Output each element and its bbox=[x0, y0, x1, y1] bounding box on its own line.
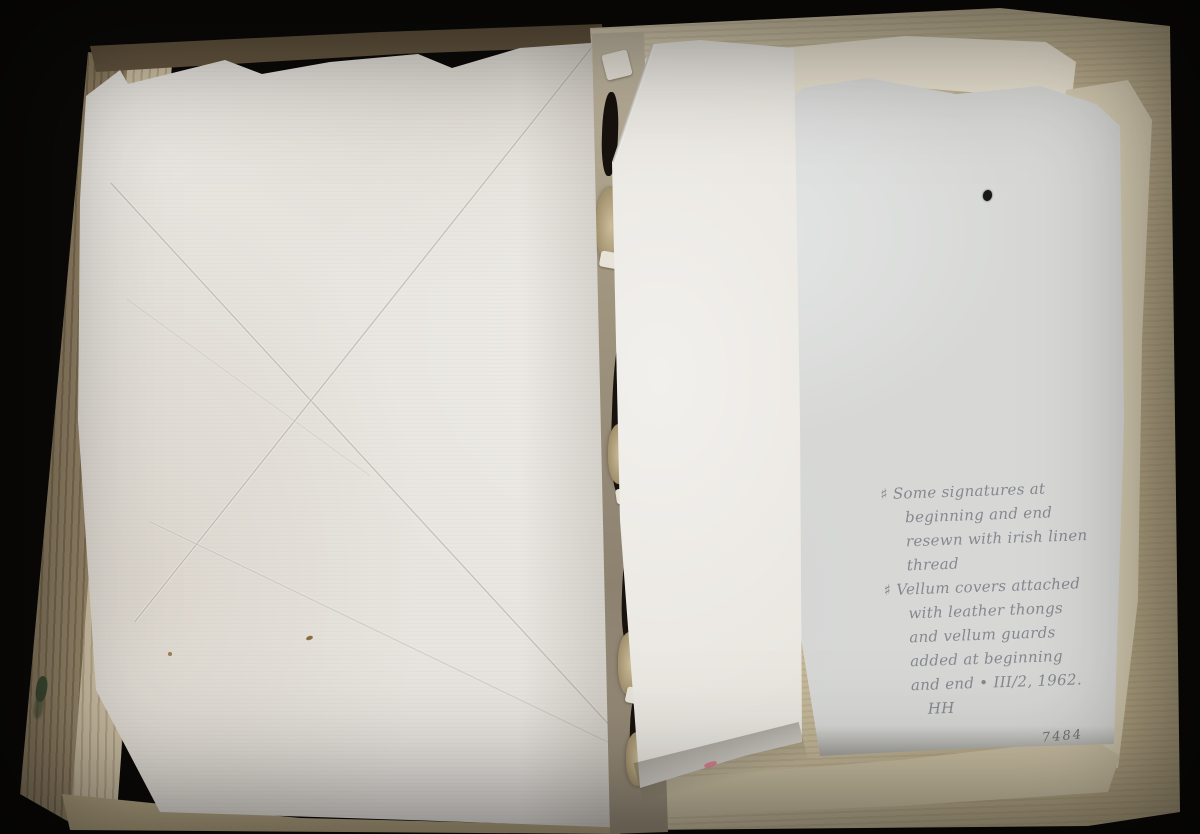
book-photograph: ♯ Some signatures at beginning and end r… bbox=[0, 0, 1200, 834]
conservation-note: ♯ Some signatures at beginning and end r… bbox=[880, 474, 1128, 722]
paper-speck bbox=[306, 635, 314, 641]
fold-crease bbox=[110, 182, 682, 804]
fold-crease bbox=[126, 298, 370, 477]
fold-crease bbox=[134, 40, 598, 623]
paper-speck bbox=[168, 652, 172, 656]
fold-crease bbox=[149, 520, 657, 766]
vellum-guard-tab bbox=[601, 49, 633, 81]
